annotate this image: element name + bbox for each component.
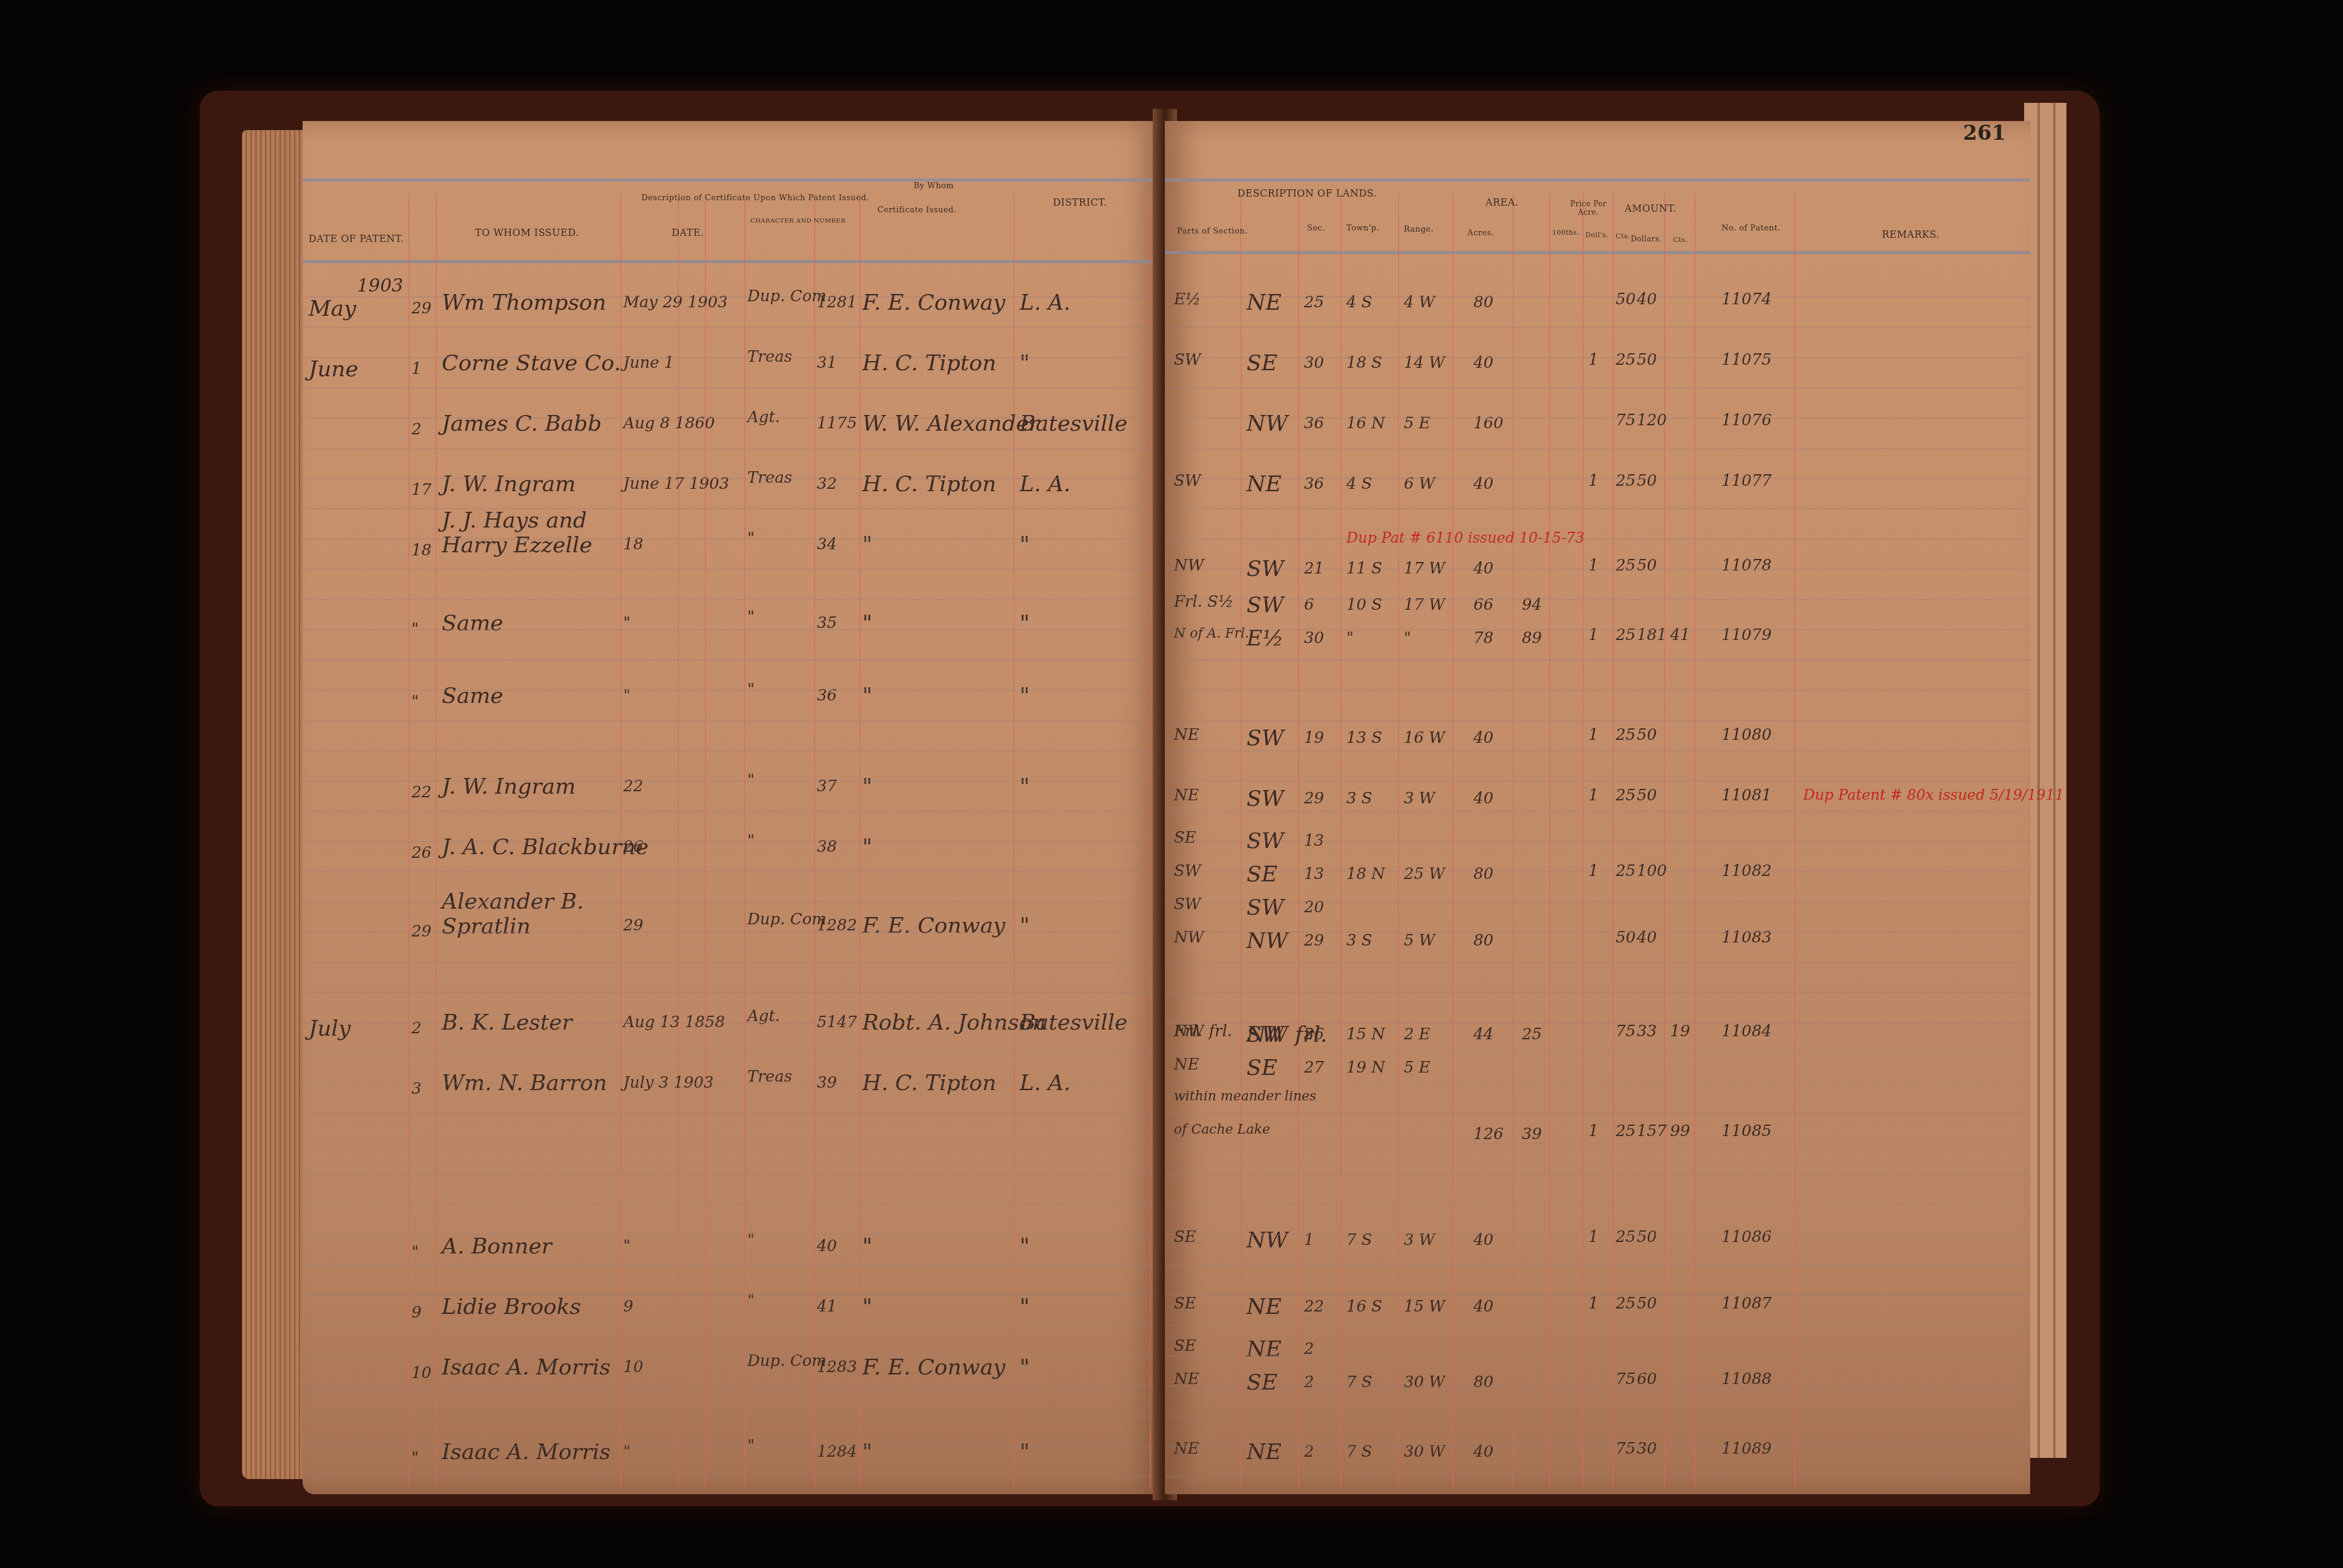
section: 30 — [1304, 629, 1324, 647]
section: 26 — [1304, 1025, 1324, 1044]
ruling-line — [303, 811, 1162, 812]
acres: 44 — [1473, 1025, 1493, 1044]
price-cents: 25 — [1616, 1295, 1636, 1313]
section: 22 — [1304, 1298, 1324, 1316]
recipient-name: Lidie Brooks — [442, 1295, 581, 1319]
part-of-section: Frl. S½ — [1174, 593, 1233, 611]
day: 18 — [411, 541, 431, 560]
issued-by: " — [862, 1234, 873, 1259]
ruling-line — [303, 1325, 1162, 1326]
ruling-line — [303, 448, 1162, 449]
district: " — [1020, 611, 1030, 636]
ruling-line — [303, 1204, 1162, 1205]
issued-by: " — [862, 1295, 873, 1319]
ruling-line — [303, 478, 1162, 479]
quarter: SE — [1247, 862, 1277, 887]
part-of-section: NE — [1174, 726, 1199, 744]
patent-number: 11076 — [1722, 411, 1772, 430]
section: 13 — [1304, 865, 1324, 883]
district: " — [1020, 913, 1030, 938]
acres: 40 — [1473, 789, 1493, 808]
ruling-line — [1165, 841, 2030, 842]
ruling-line — [303, 1355, 1162, 1356]
price-cents: 25 — [1616, 557, 1636, 575]
price-dollars: 1 — [1588, 726, 1599, 744]
header-by-whom: By Whom — [914, 181, 954, 191]
ruling-line — [303, 841, 1162, 842]
ruling-line — [1165, 871, 2030, 872]
ruling-line — [1165, 750, 2030, 751]
acres: 78 — [1473, 629, 1493, 647]
header-district: DISTRICT. — [1053, 197, 1107, 208]
range: 5 W — [1404, 932, 1435, 950]
amount-dollars: 120 — [1637, 411, 1667, 430]
township: 16 S — [1346, 1298, 1382, 1316]
recipient-name: Isaac A. Morris — [442, 1355, 611, 1380]
header-price-per-acre: Price Per Acre. — [1564, 200, 1613, 217]
ruling-line — [303, 327, 1162, 328]
part-of-section: Frl. — [1174, 1022, 1202, 1040]
header-acres: Acres. — [1467, 229, 1494, 238]
quarter: NW — [1247, 411, 1288, 436]
part-of-section: SE — [1174, 829, 1196, 847]
ruling-line — [1165, 659, 2030, 661]
district: L. A. — [1020, 290, 1070, 315]
ruling-line — [303, 780, 1162, 782]
range: 16 W — [1404, 729, 1445, 747]
quarter: NE — [1247, 1440, 1282, 1465]
issued-by: F. E. Conway — [862, 1355, 1005, 1380]
ruling-line — [1165, 1325, 2030, 1326]
issued-by: F. E. Conway — [862, 290, 1005, 315]
issued-by: " — [862, 835, 873, 860]
ruling-line — [303, 871, 1162, 872]
left-page-edges — [242, 130, 309, 1479]
range: " — [1404, 629, 1411, 647]
header-to-whom-issued: TO WHOM ISSUED. — [475, 227, 579, 238]
amount-dollars: 157 — [1637, 1122, 1667, 1140]
part-of-section: E½ — [1174, 290, 1201, 309]
month: June — [309, 357, 358, 382]
day: 10 — [411, 1364, 431, 1382]
ruling-line — [303, 1083, 1162, 1084]
township: 3 S — [1346, 932, 1372, 950]
section: 2 — [1304, 1373, 1314, 1391]
amount-dollars: 50 — [1637, 786, 1657, 805]
certificate-character: " — [747, 608, 755, 626]
price-dollars: 1 — [1588, 1228, 1599, 1246]
ruling-line — [1165, 720, 2030, 721]
part-of-section: of Cache Lake — [1174, 1122, 1270, 1137]
price-cents: 25 — [1616, 786, 1636, 805]
ruling-line — [1165, 1295, 2030, 1296]
header-character-number: CHARACTER AND NUMBER — [750, 218, 845, 224]
ruling-line — [1165, 478, 2030, 479]
district: Batesville — [1020, 411, 1127, 436]
township: 15 N — [1346, 1025, 1385, 1044]
header-township: Town'p. — [1346, 224, 1380, 233]
ruling-line — [303, 538, 1162, 540]
quarter: SW — [1247, 1022, 1284, 1047]
range: 25 W — [1404, 865, 1445, 883]
price-cents: 25 — [1616, 726, 1636, 744]
left-page: DATE OF PATENT. TO WHOM ISSUED. Descript… — [303, 121, 1162, 1494]
district: " — [1020, 351, 1030, 376]
certificate-number: 40 — [817, 1237, 837, 1255]
range: 15 W — [1404, 1298, 1445, 1316]
range: 5 E — [1404, 1059, 1430, 1077]
district: " — [1020, 1295, 1030, 1319]
part-of-section: NE — [1174, 1440, 1199, 1458]
acres-hundredths: 89 — [1522, 629, 1542, 647]
certificate-number: 41 — [817, 1298, 837, 1316]
ruling-line — [303, 1264, 1162, 1266]
ruling-line — [1165, 1416, 2030, 1417]
ruling-line — [303, 932, 1162, 933]
price-cents: 75 — [1616, 1022, 1636, 1040]
ruling-line — [1165, 1174, 2030, 1175]
ruling-line — [1165, 780, 2030, 782]
price-dollars: 1 — [1588, 351, 1599, 369]
header-parts-of-section: Parts of Section. — [1177, 227, 1248, 236]
ruling-line — [303, 992, 1162, 993]
ruling-line — [1165, 1022, 2030, 1024]
amount-dollars: 50 — [1637, 351, 1657, 369]
day: " — [411, 1449, 419, 1467]
part-of-section: within meander lines — [1174, 1089, 1316, 1104]
township: 7 S — [1346, 1373, 1372, 1391]
ruling-line — [1165, 448, 2030, 449]
day: " — [411, 1243, 419, 1261]
recipient-name: James C. Babb — [442, 411, 601, 436]
district: " — [1020, 532, 1030, 557]
day: " — [411, 693, 419, 711]
price-cents: 75 — [1616, 1440, 1636, 1458]
price-dollars: 1 — [1588, 786, 1599, 805]
patent-number: 11086 — [1722, 1228, 1772, 1246]
quarter: SW — [1247, 895, 1284, 920]
day: 17 — [411, 481, 431, 499]
ruling-line — [303, 1416, 1162, 1417]
quarter: SW — [1247, 786, 1284, 811]
part-of-section: SE — [1174, 1337, 1196, 1355]
ruling-line — [303, 417, 1162, 419]
recipient-name: Corne Stave Co. — [442, 351, 621, 376]
district: L. A. — [1020, 472, 1070, 497]
acres: 80 — [1473, 865, 1493, 883]
header-cert-date: DATE. — [672, 227, 704, 238]
ruling-line — [303, 962, 1162, 963]
amount-dollars: 50 — [1637, 1295, 1657, 1313]
page-number: 261 — [1963, 121, 2006, 145]
part-of-section: SW — [1174, 351, 1201, 369]
header-price-cts: Cts. — [1616, 232, 1630, 240]
township: " — [1346, 629, 1354, 647]
issued-by: " — [862, 774, 873, 799]
patent-number: 11078 — [1722, 557, 1772, 575]
quarter: SW — [1247, 726, 1284, 751]
ruling-line — [1165, 1053, 2030, 1054]
patent-number: 11080 — [1722, 726, 1772, 744]
patent-number: 11081 — [1722, 786, 1772, 805]
price-dollars: 1 — [1588, 1122, 1599, 1140]
day: 2 — [411, 420, 422, 439]
header-top-rule — [1165, 178, 2030, 181]
quarter: SE — [1247, 351, 1277, 376]
ruling-line — [1165, 387, 2030, 388]
patent-number: 11085 — [1722, 1122, 1772, 1140]
amount-dollars: 30 — [1637, 1440, 1657, 1458]
price-dollars: 1 — [1588, 1295, 1599, 1313]
range: 30 W — [1404, 1373, 1445, 1391]
part-of-section: SE — [1174, 1295, 1196, 1313]
part-of-section: SE — [1174, 1228, 1196, 1246]
amount-dollars: 33 — [1637, 1022, 1657, 1040]
recipient-name: Same — [442, 611, 503, 636]
quarter: SE — [1247, 1056, 1277, 1080]
year-note: 1903 — [357, 275, 403, 296]
township: 13 S — [1346, 729, 1382, 747]
acres: 126 — [1473, 1125, 1504, 1143]
ruling-line — [1165, 811, 2030, 812]
ruling-line — [303, 387, 1162, 388]
ruling-line — [1165, 569, 2030, 570]
amount-dollars: 50 — [1637, 472, 1657, 490]
township: 18 N — [1346, 865, 1385, 883]
patent-number: 11077 — [1722, 472, 1772, 490]
ruling-line — [1165, 599, 2030, 600]
district: " — [1020, 1234, 1030, 1259]
price-cents: 25 — [1616, 1122, 1636, 1140]
ruling-line — [303, 690, 1162, 691]
ruling-line — [303, 1385, 1162, 1387]
issued-by: F. E. Conway — [862, 913, 1005, 938]
ruling-line — [303, 1476, 1162, 1477]
quarter: NE — [1247, 290, 1282, 315]
section: 29 — [1304, 932, 1324, 950]
recipient-name: Isaac A. Morris — [442, 1440, 611, 1465]
amount-dollars: 40 — [1637, 290, 1657, 309]
ruling-line — [1165, 1143, 2030, 1145]
month: July — [309, 1016, 350, 1041]
ruling-line — [1165, 1234, 2030, 1235]
day: 29 — [411, 299, 431, 318]
ruling-line — [1165, 992, 2030, 993]
amount-dollars: 50 — [1637, 1228, 1657, 1246]
right-page: 261 DESCRIPTION OF LANDS. Parts of Secti… — [1165, 121, 2030, 1494]
price-cents: 75 — [1616, 411, 1636, 430]
header-description-of-lands: DESCRIPTION OF LANDS. — [1237, 188, 1377, 199]
quarter: NE — [1247, 1295, 1282, 1319]
part-of-section: SW — [1174, 895, 1201, 913]
ruling-line — [1165, 1355, 2030, 1356]
part-of-section: NE — [1174, 786, 1199, 805]
ruling-line — [303, 1022, 1162, 1024]
district: " — [1020, 1440, 1030, 1465]
part-of-section: NE — [1174, 1056, 1199, 1074]
day: 22 — [411, 783, 431, 802]
ruling-line — [303, 1446, 1162, 1447]
header-sec: Sec. — [1307, 224, 1325, 233]
acres: 80 — [1473, 1373, 1493, 1391]
ruling-line — [303, 659, 1162, 661]
ruling-line — [303, 569, 1162, 570]
district: " — [1020, 774, 1030, 799]
remark-note: Dup Patent # 80x issued 5/19/1911 — [1803, 786, 2064, 803]
remark-note: Dup Pat # 6110 issued 10-15-73 — [1346, 529, 1585, 546]
certificate-date: 9 — [623, 1298, 634, 1316]
header-bottom-rule — [1165, 251, 2030, 254]
patent-number: 11075 — [1722, 351, 1772, 369]
price-dollars: 1 — [1588, 472, 1599, 490]
township: 19 N — [1346, 1059, 1385, 1077]
patent-number: 11074 — [1722, 290, 1772, 309]
certificate-date: " — [623, 1237, 631, 1255]
ruling-line — [1165, 1204, 2030, 1205]
issued-by: " — [862, 684, 873, 708]
district: " — [1020, 1355, 1030, 1380]
acres-hundredths: 39 — [1522, 1125, 1542, 1143]
acres-hundredths: 25 — [1522, 1025, 1542, 1044]
ruling-line — [1165, 538, 2030, 540]
recipient-name: Wm Thompson — [442, 290, 606, 315]
price-dollars: 1 — [1588, 557, 1599, 575]
day: 26 — [411, 844, 431, 862]
header-area: AREA. — [1486, 197, 1518, 208]
ruling-line — [1165, 932, 2030, 933]
ruling-line — [1165, 1083, 2030, 1084]
certificate-date: 10 — [623, 1358, 643, 1376]
header-certificate-description: Description of Certificate Upon Which Pa… — [641, 194, 869, 203]
ruling-line — [1165, 1385, 2030, 1387]
price-cents: 25 — [1616, 472, 1636, 490]
part-of-section: NW — [1174, 557, 1204, 575]
ruling-line — [1165, 690, 2030, 691]
ruling-line — [303, 296, 1162, 298]
month: May — [309, 296, 356, 321]
patent-number: 11089 — [1722, 1440, 1772, 1458]
range: 3 W — [1404, 789, 1435, 808]
quarter: NE — [1247, 472, 1282, 497]
header-amount-dollars: Dollars. — [1631, 235, 1662, 243]
ruling-line — [303, 1174, 1162, 1175]
ruling-line — [303, 901, 1162, 903]
amount-dollars: 50 — [1637, 557, 1657, 575]
ruling-line — [303, 629, 1162, 630]
ruling-line — [303, 508, 1162, 509]
acres: 40 — [1473, 1298, 1493, 1316]
header-no-of-patent: No. of Patent. — [1722, 224, 1781, 233]
quarter: NW — [1247, 1228, 1288, 1253]
recipient-name: J. A. C. Blackburne — [442, 835, 649, 860]
part-of-section: N of A. Frl. — [1174, 626, 1249, 641]
recipient-name: J. J. Hays and Harry Ezzelle — [442, 508, 611, 558]
header-amount: AMOUNT. — [1625, 203, 1676, 214]
ruling-line — [303, 750, 1162, 751]
recipient-name: J. W. Ingram — [442, 774, 575, 799]
price-cents: 50 — [1616, 290, 1636, 309]
certificate-number: 1283 — [817, 1358, 857, 1376]
section: 19 — [1304, 729, 1324, 747]
ruling-line — [1165, 1113, 2030, 1114]
ruling-line — [303, 720, 1162, 721]
quarter: NE — [1247, 1337, 1282, 1362]
issued-by: " — [862, 611, 873, 636]
ruling-line — [1165, 417, 2030, 419]
ruling-line — [1165, 1446, 2030, 1447]
header-date-of-patent: DATE OF PATENT. — [309, 233, 404, 244]
ruling-line — [303, 1113, 1162, 1114]
amount-cents: 99 — [1670, 1122, 1690, 1140]
patent-number: 11087 — [1722, 1295, 1772, 1313]
ruling-line — [303, 1295, 1162, 1296]
acres: 80 — [1473, 932, 1493, 950]
issued-by: H. C. Tipton — [862, 351, 996, 376]
price-cents: 25 — [1616, 351, 1636, 369]
township: 3 S — [1346, 789, 1372, 808]
header-price-dolls: Doll's. — [1585, 231, 1608, 239]
day: 9 — [411, 1304, 422, 1322]
ruling-line — [1165, 1264, 2030, 1266]
patent-number: 11084 — [1722, 1022, 1772, 1040]
ruling-line — [1165, 296, 2030, 298]
amount-cents: 19 — [1670, 1022, 1690, 1040]
header-hundredths: 100ths. — [1552, 229, 1579, 237]
issued-by: W. W. Alexander — [862, 411, 1040, 436]
header-remarks: REMARKS. — [1882, 229, 1939, 240]
quarter: SE — [1247, 1370, 1277, 1395]
acres: 40 — [1473, 729, 1493, 747]
section: 27 — [1304, 1059, 1324, 1077]
ruling-line — [303, 1143, 1162, 1145]
ruling-line — [1165, 508, 2030, 509]
section: 29 — [1304, 789, 1324, 808]
price-cents: 25 — [1616, 1228, 1636, 1246]
district: " — [1020, 684, 1030, 708]
right-page-edges — [2024, 103, 2066, 1458]
amount-dollars: 50 — [1637, 726, 1657, 744]
recipient-name: A. Bonner — [442, 1234, 552, 1259]
ruling-line — [1165, 962, 2030, 963]
ruling-line — [1165, 357, 2030, 358]
header-range: Range. — [1404, 225, 1434, 234]
recipient-name: Same — [442, 684, 503, 708]
header-amount-cts: Cts. — [1673, 236, 1688, 244]
ruling-line — [303, 357, 1162, 358]
range: 2 E — [1404, 1025, 1430, 1044]
ruling-line — [303, 599, 1162, 600]
day: 1 — [411, 360, 422, 378]
recipient-name: J. W. Ingram — [442, 472, 575, 497]
issued-by: H. C. Tipton — [862, 472, 996, 497]
ruling-line — [1165, 629, 2030, 630]
issued-by: " — [862, 532, 873, 557]
ruling-line — [1165, 901, 2030, 903]
header-certificate-issued: Certificate Issued. — [877, 206, 957, 215]
header-bottom-rule — [303, 260, 1162, 263]
issued-by: " — [862, 1440, 873, 1465]
ruling-line — [303, 1234, 1162, 1235]
part-of-section: SW — [1174, 472, 1201, 490]
ruling-line — [1165, 1476, 2030, 1477]
ruling-line — [303, 1053, 1162, 1054]
header-top-rule — [303, 178, 1162, 181]
quarter: SW — [1247, 593, 1284, 618]
ruling-line — [1165, 327, 2030, 328]
